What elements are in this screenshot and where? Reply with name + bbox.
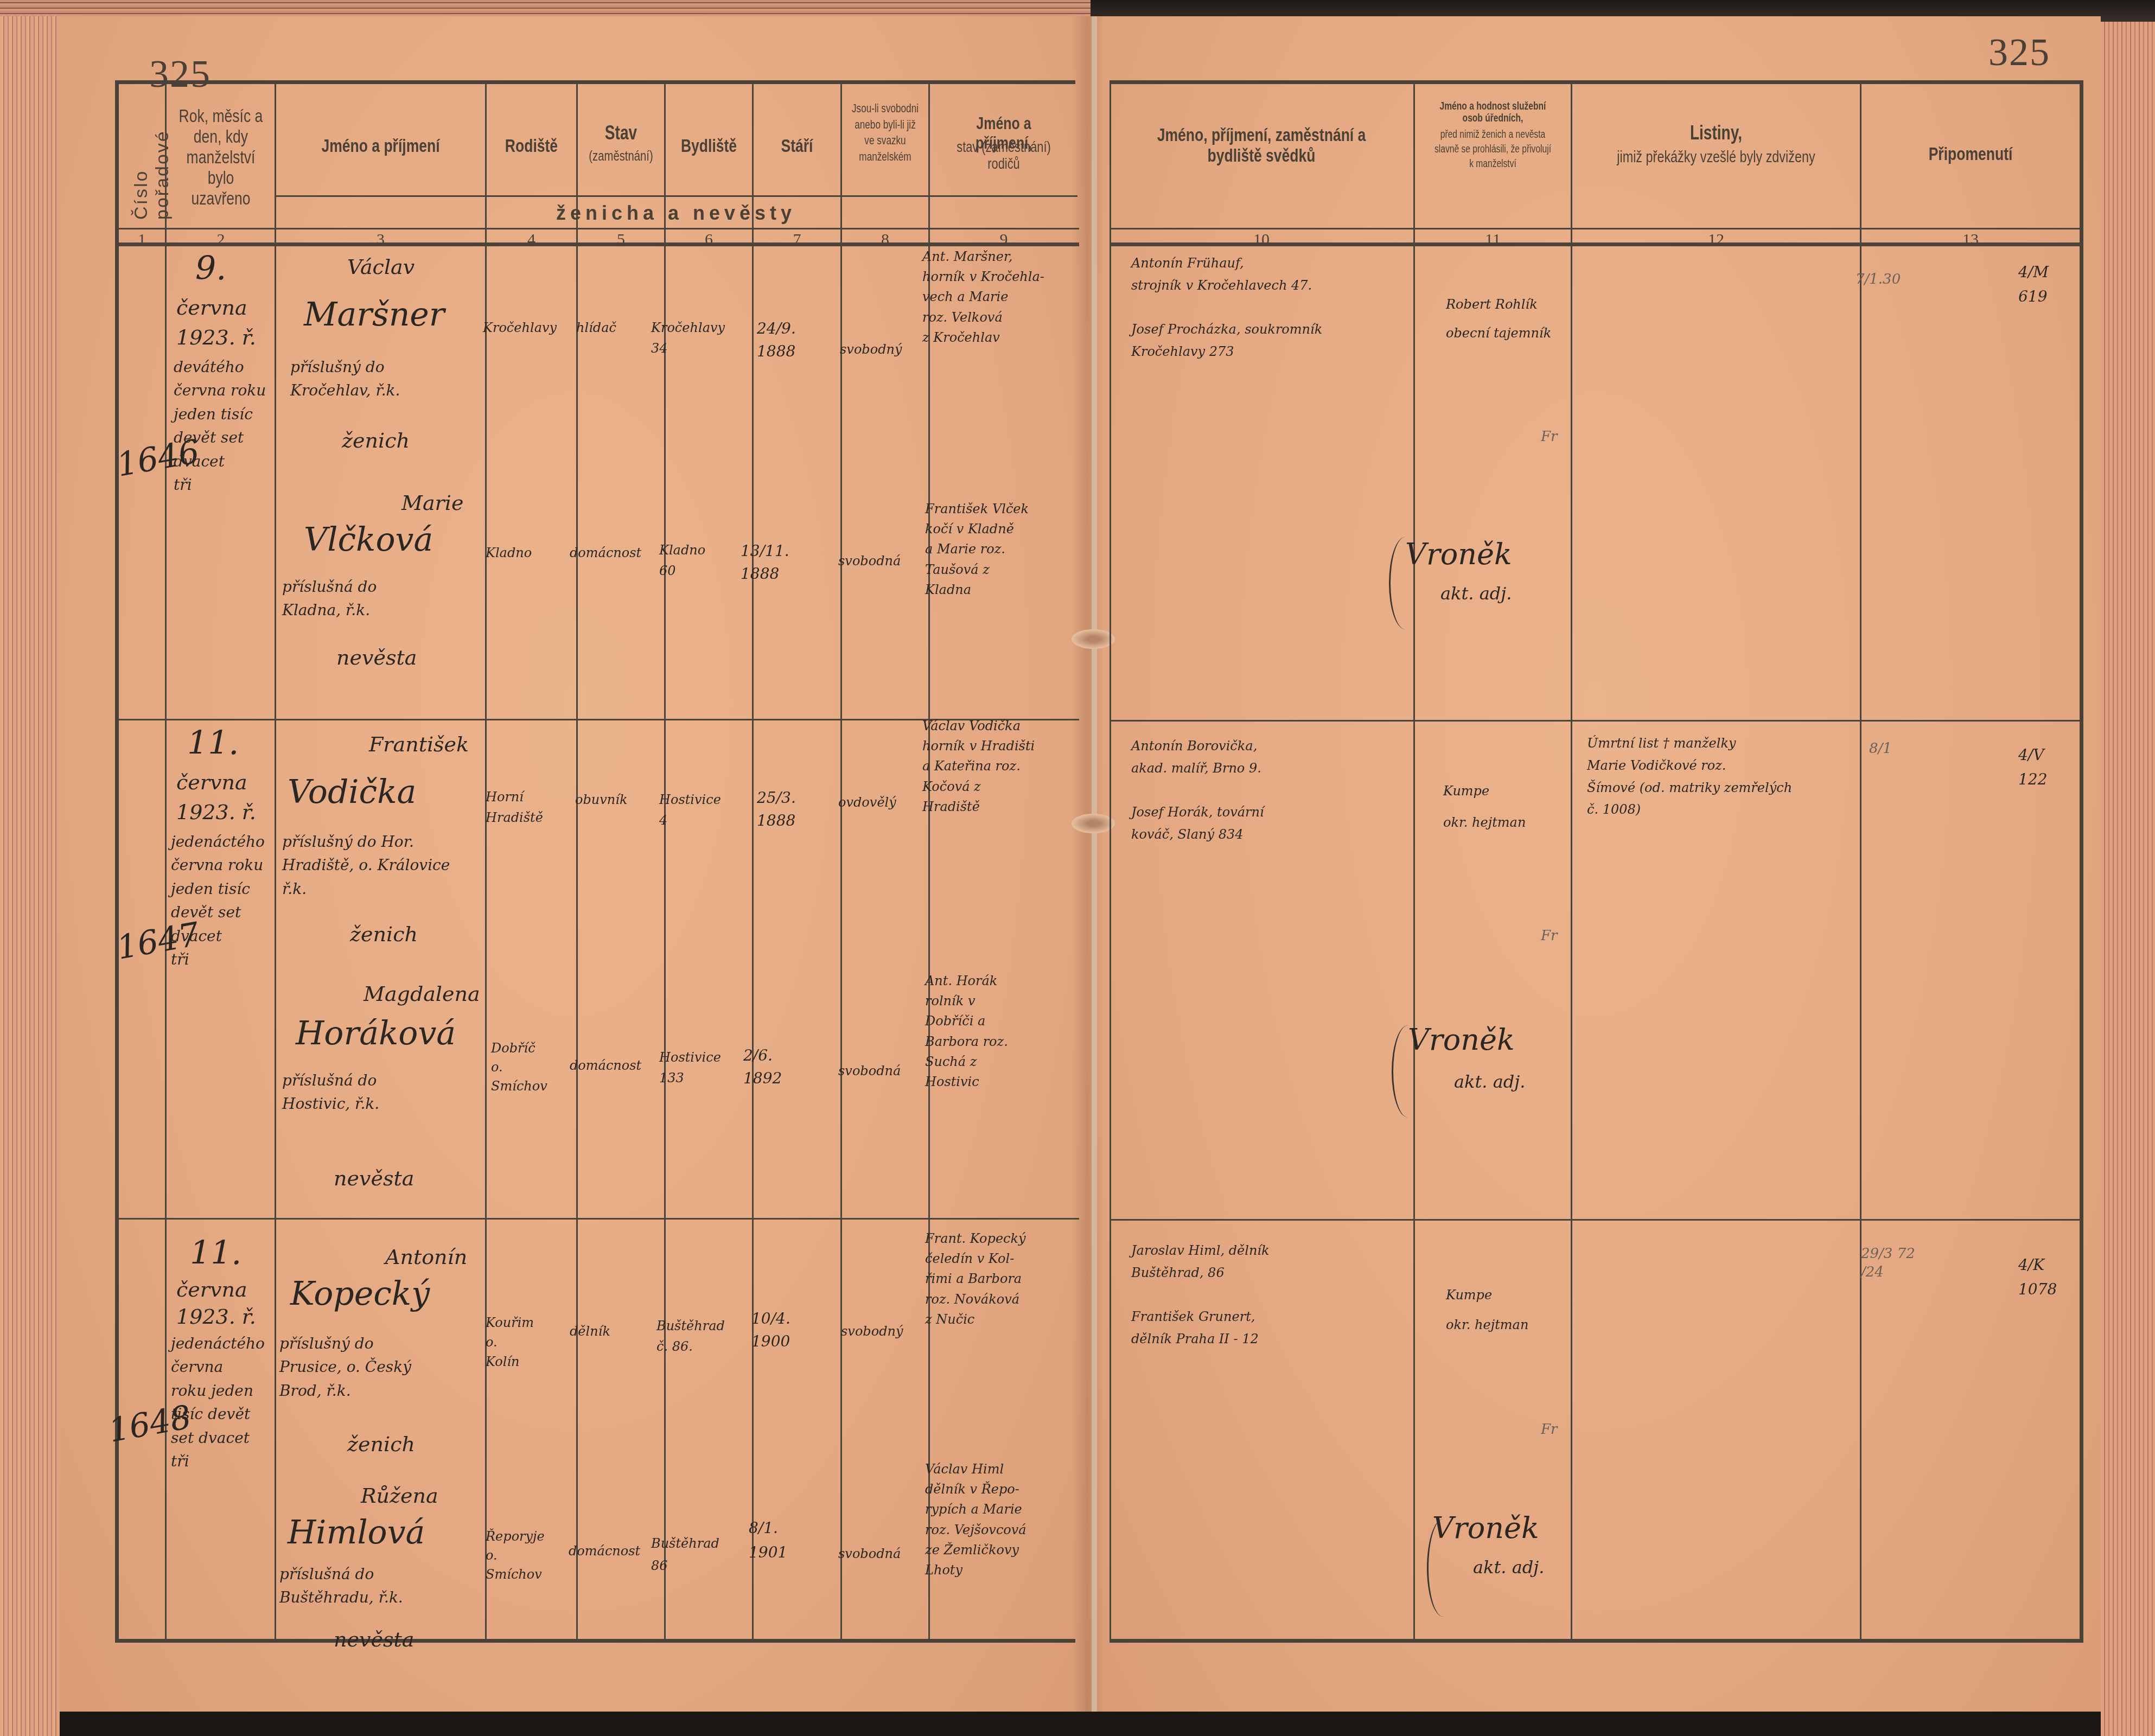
column-number: 2 [167, 231, 275, 249]
bride-residence: Buštěhrad 86 [651, 1533, 719, 1577]
bride-domicile: příslušná do Buštěhradu, ř.k. [279, 1562, 403, 1610]
bottom-shadow [60, 1712, 2101, 1736]
bride-role: nevěsta [336, 646, 417, 669]
bride-residence: Kladno 60 [659, 540, 705, 582]
column-number: 7 [754, 231, 840, 249]
groom-first-name: Antonín [385, 1245, 467, 1269]
bride-occupation: domácnost [570, 1058, 641, 1073]
groom-birthplace: Kouřim o. Kolín [486, 1313, 534, 1371]
column-number: 11 [1415, 231, 1571, 249]
marriage-date-words: jedenáctého června roku jeden tisíc devě… [171, 830, 265, 971]
groom-residence: Hostivice 4 [659, 789, 721, 831]
officiant-title: akt. adj. [1440, 583, 1512, 604]
bride-residence: Hostivice 133 [659, 1047, 721, 1089]
groom-surname: Vodička [288, 773, 416, 811]
binding-hole-icon [1072, 814, 1115, 833]
page-number-right: 325 [1988, 30, 2050, 75]
officiant-title: akt. adj. [1473, 1557, 1544, 1578]
book-spread: 325 325 Číslo pořadové Rok, měsíc a den,… [0, 0, 2155, 1736]
groom-domicile: příslušný do Kročehlav, ř.k. [290, 355, 400, 403]
column-number: 13 [1861, 231, 2080, 249]
bride-role: nevěsta [334, 1166, 414, 1190]
groom-age: 25/3. 1888 [757, 787, 796, 832]
groom-role: ženich [342, 429, 410, 452]
bride-domicile: příslušná do Hostivic, ř.k. [282, 1069, 379, 1116]
bride-first-name: Marie [401, 491, 463, 515]
header-remarks: Připomenutí [1885, 144, 2056, 164]
officials: Kumpe okr. hejtman [1443, 776, 1526, 838]
groom-first-name: Václav [347, 255, 415, 279]
ministry-mark: Fr [1541, 429, 1557, 445]
bride-birthplace: Kladno [486, 545, 532, 560]
witnesses: Antonín Frühauf, strojník v Kročehlavech… [1131, 252, 1322, 363]
binding-thread [1092, 16, 1097, 1736]
bride-first-name: Magdalena [364, 982, 480, 1006]
groom-marital-status: svobodný [841, 1324, 903, 1339]
bride-role: nevěsta [334, 1627, 414, 1651]
groom-occupation: hlídač [576, 320, 616, 335]
bride-surname: Horáková [296, 1014, 456, 1052]
officials: Robert Rohlík obecní tajemník [1446, 290, 1551, 348]
remarks-pencil: 29/3 72 /24 [1861, 1245, 1915, 1282]
bride-surname: Himlová [288, 1514, 425, 1552]
groom-surname: Maršner [304, 296, 445, 334]
bride-marital-status: svobodná [838, 1063, 901, 1078]
bride-age: 2/6. 1892 [743, 1044, 782, 1090]
book-gutter [1072, 16, 1104, 1736]
remarks: 4/M 619 [2018, 260, 2049, 309]
bride-domicile: příslušná do Kladna, ř.k. [282, 575, 377, 622]
groom-age: 10/4. 1900 [751, 1307, 790, 1353]
bride-parents: Ant. Horák rolník v Dobříči a Barbora ro… [925, 971, 1008, 1092]
marriage-month: června [176, 296, 247, 320]
groom-occupation: obuvník [575, 792, 628, 807]
groom-role: ženich [347, 1432, 415, 1456]
header-order-number: Číslo pořadové [131, 100, 173, 220]
groom-parents: Ant. Maršner, horník v Kročehla- vech a … [922, 247, 1044, 348]
header-witnesses: Jméno, příjmení, zaměstnání a bydliště s… [1143, 125, 1380, 166]
witnesses: Antonín Borovička, akad. malíř, Brno 9. … [1131, 735, 1264, 846]
header-residence: Bydliště [675, 136, 742, 156]
bride-surname: Vlčková [304, 521, 433, 559]
groom-parents: Václav Vodička horník v Hradišti a Kateř… [922, 716, 1035, 817]
binding-hole-icon [1072, 629, 1115, 649]
groom-birthplace: Kročehlavy [483, 320, 557, 335]
witnesses: Jaroslav Himl, dělník Buštěhrad, 86 Fran… [1131, 1240, 1270, 1350]
signature-flourish-icon [1427, 1519, 1459, 1617]
header-status-sub: (zaměstnání) [587, 148, 654, 164]
marriage-month: června [176, 1278, 247, 1301]
bride-first-name: Růžena [361, 1484, 438, 1508]
marriage-year: 1923. ř. [176, 325, 256, 349]
header-date: Rok, měsíc a den, kdy manželství bylo uz… [178, 106, 263, 209]
bride-birthplace: Řeporyje o. Smíchov [486, 1527, 545, 1584]
groom-marital-status: ovdovělý [838, 795, 896, 810]
column-number: 1 [119, 231, 165, 249]
bride-age: 8/1. 1901 [749, 1516, 787, 1565]
groom-surname: Kopecký [290, 1275, 430, 1313]
marriage-month: června [176, 770, 247, 794]
header-birthplace: Rodiště [496, 136, 566, 156]
ministry-mark: Fr [1541, 1421, 1557, 1438]
marriage-year: 1923. ř. [176, 1305, 256, 1329]
documents: Úmrtní list † manželky Marie Vodičkové r… [1587, 732, 1792, 821]
marriage-day: 11. [190, 1234, 241, 1272]
bride-parents: Václav Himl dělník v Řepo- rypích a Mari… [925, 1459, 1027, 1580]
column-number: 5 [578, 231, 664, 249]
ministry-mark: Fr [1541, 928, 1557, 944]
column-number: 9 [930, 231, 1077, 249]
column-number: 12 [1572, 231, 1860, 249]
bride-marital-status: svobodná [838, 553, 901, 569]
marriage-year: 1923. ř. [176, 800, 256, 824]
marriage-day: 9. [195, 250, 226, 288]
remarks-pencil: 8/1 [1869, 741, 1892, 757]
groom-first-name: František [369, 732, 469, 756]
page-edges-right [2101, 22, 2155, 1736]
header-group-label: ženicha a nevěsty [275, 202, 1077, 224]
officials: Kumpe okr. hejtman [1446, 1280, 1528, 1340]
marriage-date-words: devátého června roku jeden tisíc devět s… [174, 355, 266, 496]
bride-birthplace: Dobříč o. Smíchov [491, 1039, 547, 1095]
header-documents-sub: jimiž překážky vzešlé byly zdviženy [1604, 148, 1828, 167]
header-status: Stav [587, 122, 654, 144]
signature-flourish-icon [1392, 1025, 1424, 1118]
groom-role: ženich [350, 922, 418, 946]
header-documents: Listiny, [1604, 122, 1828, 144]
column-number: 6 [666, 231, 752, 249]
groom-parents: Frant. Kopecký čeledín v Kol- řimi a Bar… [925, 1229, 1026, 1330]
officiant-title: akt. adj. [1454, 1071, 1525, 1092]
groom-residence: Buštěhrad č. 86. [656, 1316, 725, 1357]
marriage-day: 11. [187, 724, 239, 762]
column-number: 8 [842, 231, 928, 249]
bride-occupation: domácnost [570, 545, 641, 560]
groom-birthplace: Horní Hradiště [486, 787, 543, 828]
groom-age: 24/9. 1888 [757, 317, 796, 363]
remarks: 4/V 122 [2018, 743, 2047, 792]
bride-occupation: domácnost [569, 1543, 640, 1559]
header-parents-sub: stav (zaměstnání) rodičů [946, 138, 1061, 173]
groom-marital-status: svobodný [840, 342, 902, 357]
header-officials: Jméno a hodnost služební osob úředních, [1432, 100, 1554, 125]
header-marital-status: Jsou-li svobodni anebo byli-li již ve sv… [851, 100, 919, 165]
page-edges-left [0, 16, 60, 1736]
bride-age: 13/11. 1888 [741, 540, 789, 585]
groom-domicile: příslušný do Prusice, o. Český Brod, ř.k… [279, 1332, 411, 1402]
column-number: 3 [276, 231, 485, 249]
header-name: Jméno a příjmení [299, 136, 462, 156]
signature-flourish-icon [1389, 537, 1421, 629]
remarks: 4/K 1078 [2018, 1253, 2057, 1302]
bride-parents: František Vlček kočí v Kladně a Marie ro… [925, 499, 1029, 600]
marriage-date-words: jedenáctého června roku jeden tisíc devě… [171, 1332, 265, 1473]
header-officials-sub: před nimiž ženich a nevěsta slavně se pr… [1432, 127, 1554, 171]
bride-marital-status: svobodná [838, 1546, 901, 1561]
groom-domicile: příslušný do Hor. Hradiště, o. Královice… [282, 830, 450, 901]
column-number: 4 [487, 231, 576, 249]
remarks-pencil: 7/1.30 [1856, 271, 1901, 288]
column-number: 10 [1110, 231, 1413, 249]
groom-residence: Kročehlavy 34 [651, 317, 725, 359]
groom-occupation: dělník [570, 1324, 610, 1339]
header-age: Stáří [763, 136, 831, 156]
